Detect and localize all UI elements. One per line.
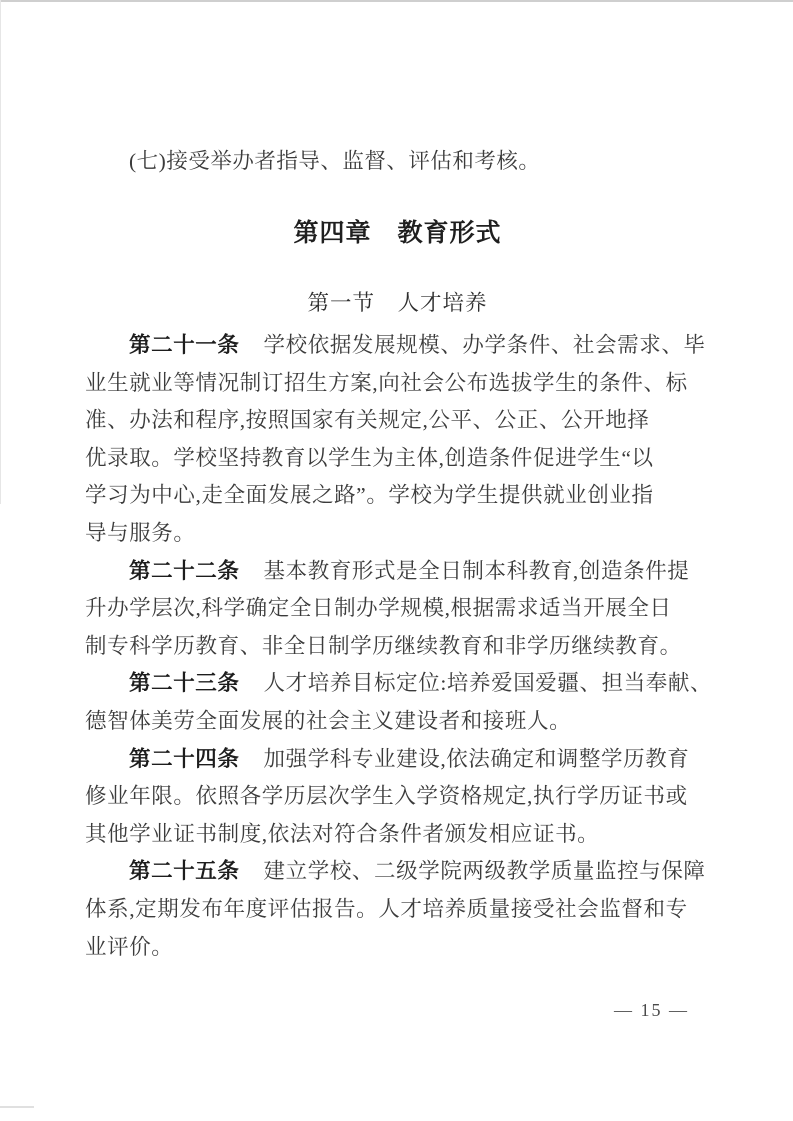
article-22-line-2: 升办学层次,科学确定全日制办学规模,根据需求适当开展全日 <box>85 590 710 628</box>
article-21-line-3: 准、办法和程序,按照国家有关规定,公平、公正、公开地择 <box>85 402 710 440</box>
article-23-line-1: 第二十三条人才培养目标定位:培养爱国爱疆、担当奉献、 <box>85 665 710 703</box>
article-25-text: 建立学校、二级学院两级教学质量监控与保障 <box>264 859 706 883</box>
article-22-text: 基本教育形式是全日制本科教育,创造条件提 <box>264 559 690 583</box>
article-21-text: 学校依据发展规模、办学条件、社会需求、毕 <box>264 333 706 357</box>
document-content: (七)接受举办者指导、监督、评估和考核。 第四章 教育形式 第一节 人才培养 第… <box>0 0 793 966</box>
article-21-number: 第二十一条 <box>129 333 240 357</box>
article-21-line-2: 业生就业等情况制订招生方案,向社会公布选拔学生的条件、标 <box>85 365 710 403</box>
article-24-number: 第二十四条 <box>129 747 240 771</box>
section-title: 第一节 人才培养 <box>85 284 710 322</box>
article-22-line-3: 制专科学历教育、非全日制学历继续教育和非学历继续教育。 <box>85 628 710 666</box>
article-body: 第二十一条学校依据发展规模、办学条件、社会需求、毕 业生就业等情况制订招生方案,… <box>85 327 710 966</box>
article-22-line-1: 第二十二条基本教育形式是全日制本科教育,创造条件提 <box>85 553 710 591</box>
article-21-line-4: 优录取。学校坚持教育以学生为主体,创造条件促进学生“以 <box>85 440 710 478</box>
article-24-text: 加强学科专业建设,依法确定和调整学历教育 <box>264 747 690 771</box>
page-number: — 15 — <box>614 999 689 1021</box>
document-page: (七)接受举办者指导、监督、评估和考核。 第四章 教育形式 第一节 人才培养 第… <box>0 0 793 1121</box>
article-23-text: 人才培养目标定位:培养爱国爱疆、担当奉献、 <box>264 671 713 695</box>
article-22-number: 第二十二条 <box>129 559 240 583</box>
article-24-line-2: 修业年限。依照各学历层次学生入学资格规定,执行学历证书或 <box>85 778 710 816</box>
article-21-line-5: 学习为中心,走全面发展之路”。学校为学生提供就业创业指 <box>85 477 710 515</box>
article-23-line-2: 德智体美劳全面发展的社会主义建设者和接班人。 <box>85 703 710 741</box>
chapter-title: 第四章 教育形式 <box>85 214 710 252</box>
article-25-line-3: 业评价。 <box>85 929 710 967</box>
article-21-line-6: 导与服务。 <box>85 515 710 553</box>
article-24-line-1: 第二十四条加强学科专业建设,依法确定和调整学历教育 <box>85 741 710 779</box>
article-25-line-2: 体系,定期发布年度评估报告。人才培养质量接受社会监督和专 <box>85 891 710 929</box>
article-23-number: 第二十三条 <box>129 671 240 695</box>
article-24-line-3: 其他学业证书制度,依法对符合条件者颁发相应证书。 <box>85 816 710 854</box>
article-25-number: 第二十五条 <box>129 859 240 883</box>
article-25-line-1: 第二十五条建立学校、二级学院两级教学质量监控与保障 <box>85 853 710 891</box>
article-21-line-1: 第二十一条学校依据发展规模、办学条件、社会需求、毕 <box>85 327 710 365</box>
scan-edge-bottom <box>0 1106 34 1108</box>
intro-clause: (七)接受举办者指导、监督、评估和考核。 <box>85 142 710 180</box>
